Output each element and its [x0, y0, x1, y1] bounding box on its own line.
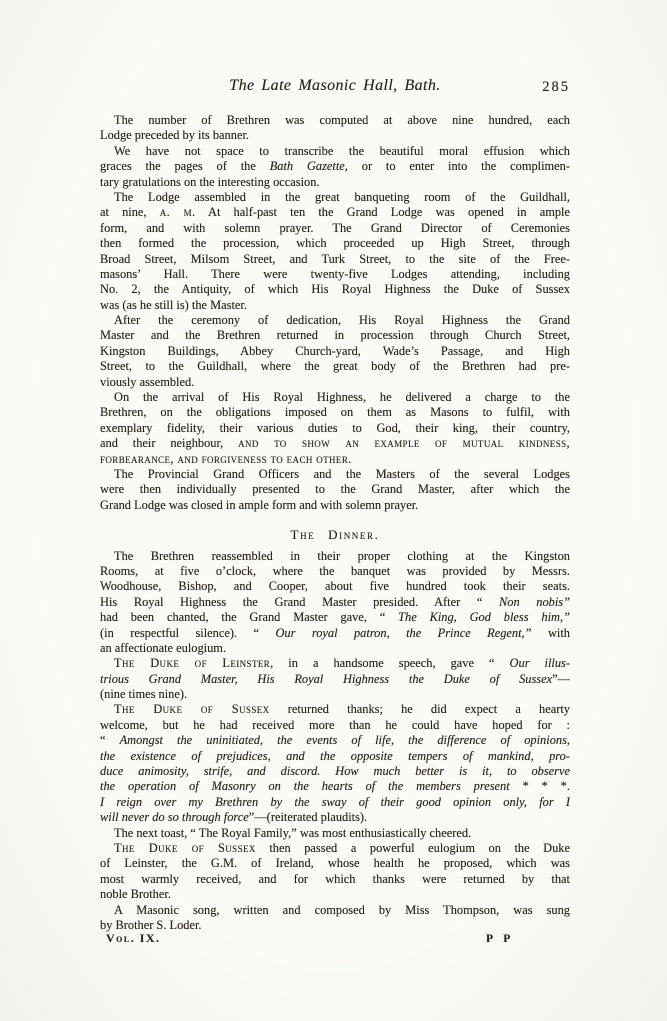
text-line: forbearance, and forgiveness to each oth… [100, 452, 570, 467]
text-line: The Provincial Grand Officers and the Ma… [100, 467, 570, 482]
text-segment: His Royal Highness the Grand Master pres… [100, 595, 499, 609]
text-line: Brethren, on the obligations imposed on … [100, 405, 570, 420]
text-line: (nine times nine). [100, 687, 570, 702]
text-segment: form, and with solemn prayer. The Grand … [100, 221, 570, 235]
text-line: On the arrival of His Royal Highness, he… [100, 390, 570, 405]
text-line: an affectionate eulogium. [100, 641, 570, 656]
section-heading: The Dinner. [100, 527, 570, 542]
text-segment: noble Brother. [100, 887, 171, 901]
page-body: The number of Brethren was computed at a… [100, 113, 570, 933]
italic-text: Amongst the uninitiated, the events of l… [120, 733, 570, 747]
italic-text: duce animosity, strife, and discord. How… [100, 764, 570, 778]
text-line: Broad Street, Milsom Street, and Turk St… [100, 252, 570, 267]
text-segment: ”—(reiterated plaudits). [249, 810, 367, 824]
text-line: at nine, a. m. At half-past ten the Gran… [100, 205, 570, 220]
page-footer: Vol. IX. P P [100, 931, 570, 947]
text-line: will never do so through force”—(reitera… [100, 810, 570, 825]
italic-text: I reign over my Brethren by the sway of … [100, 795, 570, 809]
text-segment: was (as he still is) the Master. [100, 298, 247, 312]
text-segment: had been chanted, the Grand Master gave,… [100, 610, 398, 624]
paragraph: The number of Brethren was computed at a… [100, 113, 570, 144]
text-line: Master and the Brethren returned in proc… [100, 328, 570, 343]
text-line: I reign over my Brethren by the sway of … [100, 795, 570, 810]
paragraph: The Lodge assembled in the great banquet… [100, 190, 570, 313]
text-line: His Royal Highness the Grand Master pres… [100, 595, 570, 610]
text-line: graces the pages of the Bath Gazette, or… [100, 159, 570, 174]
text-segment: Rooms, at five o’clock, where the banque… [100, 564, 570, 578]
text-line: (in respectful silence). “ Our royal pat… [100, 626, 570, 641]
paragraph: The Duke of Sussex returned thanks; he d… [100, 702, 570, 825]
text-line: trious Grand Master, His Royal Highness … [100, 672, 570, 687]
italic-text: Our royal patron, the Prince Regent,” [275, 626, 531, 640]
paragraph: The Duke of Leinster, in a handsome spee… [100, 656, 570, 702]
italic-text: the operation of Masonry on the hearts o… [100, 779, 523, 793]
footer-volume-label: Vol. IX. [106, 931, 161, 946]
paragraph: The Duke of Sussex then passed a powerfu… [100, 841, 570, 903]
running-header-title: The Late Masonic Hall, Bath. [100, 76, 570, 96]
text-segment: Street, to the Guildhall, where the grea… [100, 359, 570, 373]
italic-text: Bath Gazette, [270, 159, 348, 173]
text-segment: On the arrival of His Royal Highness, he… [114, 390, 570, 404]
paragraph: The next toast, “ The Royal Family,” was… [100, 826, 570, 841]
italic-text: will never do so through force [100, 810, 249, 824]
paragraph: After the ceremony of dedication, His Ro… [100, 313, 570, 390]
paragraph: The Brethren reassembled in their proper… [100, 549, 570, 657]
page-container: The Late Masonic Hall, Bath. 285 The num… [0, 0, 667, 1021]
text-segment: The Lodge assembled in the great banquet… [114, 190, 570, 204]
smallcaps-text: forbearance, and forgiveness to each oth… [100, 452, 352, 466]
italic-text: Non nobis” [499, 595, 570, 609]
text-segment: The Provincial Grand Officers and the Ma… [114, 467, 570, 481]
smallcaps-text: The Duke of Leinster [114, 656, 270, 670]
text-segment: then passed a powerful eulogium on the D… [256, 841, 570, 855]
page-number: 285 [542, 78, 570, 96]
text-line: Grand Lodge was closed in ample form and… [100, 498, 570, 513]
text-segment: Kingston Buildings, Abbey Church-yard, W… [100, 344, 570, 358]
text-line: the existence of prejudices, and the opp… [100, 749, 570, 764]
italic-text: Our illus- [510, 656, 570, 670]
text-segment: Woodhouse, Bishop, and Cooper, about fiv… [100, 579, 570, 593]
text-line: and their neighbour, and to show an exam… [100, 436, 570, 451]
text-segment: After the ceremony of dedication, His Ro… [114, 313, 570, 327]
text-line: After the ceremony of dedication, His Ro… [100, 313, 570, 328]
text-segment: of Leinster, the G.M. of Ireland, whose … [100, 856, 570, 870]
text-line: The number of Brethren was computed at a… [100, 113, 570, 128]
text-segment: tary gratulations on the interesting occ… [100, 175, 320, 189]
text-segment: masons’ Hall. There were twenty-five Lod… [100, 267, 570, 281]
text-line: noble Brother. [100, 887, 570, 902]
text-segment: Broad Street, Milsom Street, and Turk St… [100, 252, 570, 266]
text-line: the operation of Masonry on the hearts o… [100, 779, 570, 794]
text-segment: with [532, 626, 570, 640]
text-segment: The number of Brethren was computed at a… [114, 113, 570, 127]
text-line: Kingston Buildings, Abbey Church-yard, W… [100, 344, 570, 359]
text-line: Rooms, at five o’clock, where the banque… [100, 564, 570, 579]
text-segment: an affectionate eulogium. [100, 641, 226, 655]
text-line: of Leinster, the G.M. of Ireland, whose … [100, 856, 570, 871]
paragraph: A Masonic song, written and composed by … [100, 903, 570, 934]
text-segment: or to enter into the complimen- [348, 159, 570, 173]
text-segment: We have not space to transcribe the beau… [114, 144, 570, 158]
smallcaps-text: The Duke of Sussex [114, 841, 256, 855]
text-segment: then formed the procession, which procee… [100, 236, 570, 250]
text-line: were then individually presented to the … [100, 482, 570, 497]
text-segment: No. 2, the Antiquity, of which His Royal… [100, 282, 570, 296]
text-segment: ”— [552, 672, 570, 686]
text-line: No. 2, the Antiquity, of which His Royal… [100, 282, 570, 297]
text-line: Lodge preceded by its banner. [100, 128, 570, 143]
text-segment: by Brother S. Loder. [100, 918, 202, 932]
text-line: welcome, but he had received more than h… [100, 718, 570, 733]
paragraph: On the arrival of His Royal Highness, he… [100, 390, 570, 467]
paragraph: The Provincial Grand Officers and the Ma… [100, 467, 570, 513]
text-segment: and their neighbour, [100, 436, 238, 450]
text-line: then formed the procession, which procee… [100, 236, 570, 251]
text-segment: at nine, [100, 205, 160, 219]
italic-text: the existence of prejudices, and the opp… [100, 749, 570, 763]
text-line: Woodhouse, Bishop, and Cooper, about fiv… [100, 579, 570, 594]
text-segment: most warmly received, and for which than… [100, 872, 570, 886]
text-segment: Lodge preceded by its banner. [100, 128, 249, 142]
text-line: Street, to the Guildhall, where the grea… [100, 359, 570, 374]
text-segment: Master and the Brethren returned in proc… [100, 328, 570, 342]
text-line: The next toast, “ The Royal Family,” was… [100, 826, 570, 841]
text-line: The Brethren reassembled in their proper… [100, 549, 570, 564]
text-line: duce animosity, strife, and discord. How… [100, 764, 570, 779]
text-segment: viously assembled. [100, 375, 194, 389]
text-segment: graces the pages of the [100, 159, 270, 173]
text-line: The Lodge assembled in the great banquet… [100, 190, 570, 205]
text-segment: A Masonic song, written and composed by … [114, 903, 570, 917]
text-line: was (as he still is) the Master. [100, 298, 570, 313]
text-segment: returned thanks; he did expect a hearty [270, 702, 570, 716]
text-line: The Duke of Sussex returned thanks; he d… [100, 702, 570, 717]
italic-text: The King, God bless him,” [398, 610, 570, 624]
smallcaps-text: a. m. [160, 205, 196, 219]
text-line: A Masonic song, written and composed by … [100, 903, 570, 918]
text-line: viously assembled. [100, 375, 570, 390]
text-segment: Brethren, on the obligations imposed on … [100, 405, 570, 419]
text-line: exemplary fidelity, their various duties… [100, 421, 570, 436]
text-segment: exemplary fidelity, their various duties… [100, 421, 570, 435]
text-line: form, and with solemn prayer. The Grand … [100, 221, 570, 236]
text-segment: were then individually presented to the … [100, 482, 570, 496]
smallcaps-text: The Duke of Sussex [114, 702, 270, 716]
smallcaps-text: and to show an example of mutual kindnes… [238, 436, 570, 450]
running-header: The Late Masonic Hall, Bath. 285 [100, 76, 570, 96]
text-line: The Duke of Leinster, in a handsome spee… [100, 656, 570, 671]
text-line: The Duke of Sussex then passed a powerfu… [100, 841, 570, 856]
italic-text: trious Grand Master, His Royal Highness … [100, 672, 552, 686]
footer-signature-mark: P P [486, 933, 514, 945]
text-segment: The Brethren reassembled in their proper… [114, 549, 570, 563]
text-segment: welcome, but he had received more than h… [100, 718, 570, 732]
text-line: “ Amongst the uninitiated, the events of… [100, 733, 570, 748]
text-line: masons’ Hall. There were twenty-five Lod… [100, 267, 570, 282]
text-segment: * * *. [523, 779, 570, 793]
text-line: We have not space to transcribe the beau… [100, 144, 570, 159]
text-segment: The next toast, “ The Royal Family,” was… [114, 826, 471, 840]
text-line: tary gratulations on the interesting occ… [100, 175, 570, 190]
text-segment: At half-past ten the Grand Lodge was ope… [196, 205, 570, 219]
text-segment: (in respectful silence). “ [100, 626, 275, 640]
text-segment: “ [100, 733, 120, 747]
text-line: had been chanted, the Grand Master gave,… [100, 610, 570, 625]
text-block: The Late Masonic Hall, Bath. 285 The num… [100, 76, 570, 933]
paragraph: We have not space to transcribe the beau… [100, 144, 570, 190]
text-segment: (nine times nine). [100, 687, 187, 701]
text-line: most warmly received, and for which than… [100, 872, 570, 887]
text-segment: , in a handsome speech, gave “ [270, 656, 509, 670]
text-segment: Grand Lodge was closed in ample form and… [100, 498, 418, 512]
